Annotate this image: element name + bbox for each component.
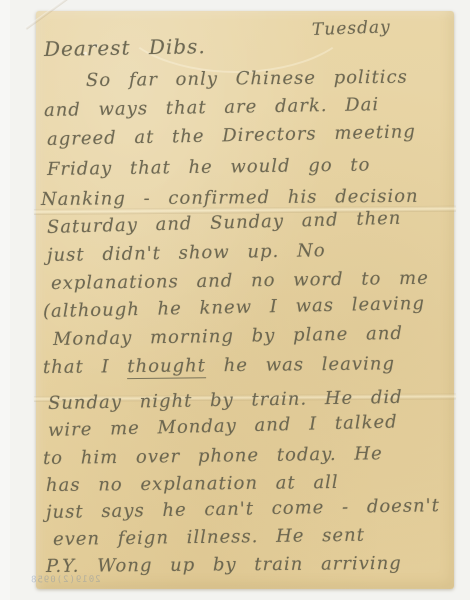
letter-line: Monday morning by plane and [53,323,403,351]
letter-line: Nanking - confirmed his decision [41,186,419,211]
letter-line: and ways that are dark. Dai [44,94,380,122]
letter-line: to him over phone today. He [43,443,383,470]
letter-line: So far only Chinese politics [86,67,408,92]
date-line: Tuesday [312,16,391,41]
letter-line: Sunday night by train. He did [48,387,403,415]
underlined-word: thought [127,355,206,379]
letter-line: that I thought he was leaving [43,353,395,379]
letter-line: explanations and no word to me [51,268,429,295]
letter-line: wire me Monday and I talked [48,411,398,442]
letter-line: agreed at the Directors meeting [47,121,416,151]
letter-line: just didn't show up. No [47,240,326,267]
accession-stamp-bleedthrough: 2019(2)0958 [30,575,101,586]
letter-line: has no explanation at all [46,472,339,497]
letter-line-post: he was leaving [206,353,395,376]
letter-line: just says he can't come - doesn't [46,495,440,524]
corner-fold-crease [25,0,85,30]
scan-background: Tuesday Dearest Dibs. So far only Chines… [0,0,470,600]
letter-line: (although he knew I was leaving [43,293,425,323]
letter-line: even feign illness. He sent [53,525,365,551]
salutation: Dearest Dibs. [44,35,206,60]
letter-line: Friday that he would go to [47,154,371,181]
letter-paper: Tuesday Dearest Dibs. So far only Chines… [36,11,454,589]
letter-line-pre: that I [43,356,128,378]
